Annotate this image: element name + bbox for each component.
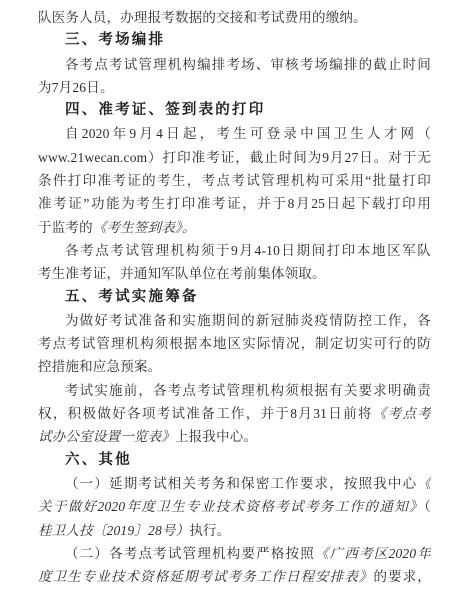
text-run: 自2020年9月4日起，考生可登录中国卫生人才网（ bbox=[65, 126, 431, 141]
book-title-run: 度卫生专业技术资格延期考试考务工作日程安排表》 bbox=[38, 569, 374, 584]
text-line: 度卫生专业技术资格延期考试考务工作日程安排表》的要求， bbox=[38, 565, 431, 588]
book-title-run: 《 bbox=[417, 476, 431, 491]
text-line: 各考点考试管理机构编排考场、审核考场编排的截止时间 bbox=[38, 53, 431, 76]
text-line: 自2020年9月4日起，考生可登录中国卫生人才网（ bbox=[38, 122, 431, 145]
text-run: 各考点考试管理机构须于9月4-10日期间打印本地区军队 bbox=[65, 243, 431, 258]
section-heading: 五、考试实施筹备 bbox=[38, 286, 431, 309]
book-title-run: 关于做好2020年度卫生专业技术资格考试考务工作的通知》 bbox=[38, 499, 424, 514]
text-run: 四、准考证、签到表的打印 bbox=[65, 102, 265, 118]
text-run: 的要求， bbox=[374, 569, 431, 584]
text-line: 关于做好2020年度卫生专业技术资格考试考务工作的通知》（ bbox=[38, 495, 431, 518]
text-run: 六、其他 bbox=[65, 452, 132, 468]
text-line: 队医务人员，办理报考数据的交接和考试费用的缴纳。 bbox=[38, 6, 431, 29]
book-title-run: 《考生签到表》。 bbox=[93, 220, 196, 235]
text-line: 各考点考试管理机构须于9月4-10日期间打印本地区军队 bbox=[38, 239, 431, 262]
text-line: （一）延期考试相关考务和保密工作要求，按照我中心《 bbox=[38, 472, 431, 495]
text-run: 队医务人员，办理报考数据的交接和考试费用的缴纳。 bbox=[38, 10, 367, 25]
text-line: 为做好考试准备和实施期间的新冠肺炎疫情防控工作，各 bbox=[38, 309, 431, 332]
text-run: 各考点考试管理机构编排考场、审核考场编排的截止时间 bbox=[65, 57, 431, 72]
text-line: 考点考试管理机构须根据本地区实际情况，制定切实可行的防 bbox=[38, 332, 431, 355]
text-line: 控措施和应急预案。 bbox=[38, 355, 431, 378]
text-line: 桂卫人技〔2019〕28号）执行。 bbox=[38, 519, 431, 542]
text-run: 控措施和应急预案。 bbox=[38, 359, 161, 374]
book-title-run: 桂卫人技〔2019〕28号） bbox=[38, 523, 189, 538]
text-line: 于监考的《考生签到表》。 bbox=[38, 216, 431, 239]
book-title-run: 《广西考区2020年 bbox=[315, 546, 431, 561]
text-run: 考试实施前，各考点考试管理机构须根据有关要求明确责 bbox=[65, 383, 431, 398]
document-page: 队医务人员，办理报考数据的交接和考试费用的缴纳。三、考场编排各考点考试管理机构编… bbox=[0, 0, 468, 608]
section-heading: 三、考场编排 bbox=[38, 29, 431, 52]
text-line: 权，积极做好各项考试准备工作，并于8月31日前将《考点考 bbox=[38, 402, 431, 425]
text-line: 考试实施前，各考点考试管理机构须根据有关要求明确责 bbox=[38, 379, 431, 402]
text-run: www.21wecan.com）打印准考证，截止时间为9月27日。对于无 bbox=[38, 150, 431, 165]
text-line: 为7月26日。 bbox=[38, 76, 431, 99]
text-run: 条件打印准考证的考生，考点考试管理机构可采用“批量打印 bbox=[38, 173, 431, 188]
text-run: 权，积极做好各项考试准备工作，并于8月31日前将 bbox=[38, 406, 373, 421]
text-run: 考生准考证，并通知军队单位在考前集体领取。 bbox=[38, 266, 326, 281]
section-heading: 四、准考证、签到表的打印 bbox=[38, 99, 431, 122]
text-line: 条件打印准考证的考生，考点考试管理机构可采用“批量打印 bbox=[38, 169, 431, 192]
document-text-block: 队医务人员，办理报考数据的交接和考试费用的缴纳。三、考场编排各考点考试管理机构编… bbox=[38, 6, 431, 588]
section-heading: 六、其他 bbox=[38, 449, 431, 472]
text-run: （ bbox=[424, 499, 431, 514]
text-line: www.21wecan.com）打印准考证，截止时间为9月27日。对于无 bbox=[38, 146, 431, 169]
text-run: 于监考的 bbox=[38, 220, 93, 235]
text-run: （一）延期考试相关考务和保密工作要求，按照我中心 bbox=[65, 476, 417, 491]
text-run: 为7月26日。 bbox=[38, 80, 114, 95]
text-run: （二）各考点考试管理机构要严格按照 bbox=[65, 546, 315, 561]
text-run: 准考证”功能为考生打印准考证，并于8月25日起下载打印用 bbox=[38, 196, 431, 211]
text-run: 五、考试实施筹备 bbox=[65, 289, 199, 305]
text-line: 准考证”功能为考生打印准考证，并于8月25日起下载打印用 bbox=[38, 192, 431, 215]
text-run: 执行。 bbox=[189, 523, 230, 538]
book-title-run: 试办公室设置一览表》 bbox=[38, 429, 175, 444]
text-line: （二）各考点考试管理机构要严格按照《广西考区2020年 bbox=[38, 542, 431, 565]
text-run: 考点考试管理机构须根据本地区实际情况，制定切实可行的防 bbox=[38, 336, 431, 351]
text-run: 为做好考试准备和实施期间的新冠肺炎疫情防控工作，各 bbox=[65, 313, 431, 328]
text-line: 考生准考证，并通知军队单位在考前集体领取。 bbox=[38, 262, 431, 285]
text-line: 试办公室设置一览表》上报我中心。 bbox=[38, 425, 431, 448]
book-title-run: 《考点考 bbox=[373, 406, 431, 421]
text-run: 上报我中心。 bbox=[175, 429, 257, 444]
text-run: 三、考场编排 bbox=[65, 32, 165, 48]
